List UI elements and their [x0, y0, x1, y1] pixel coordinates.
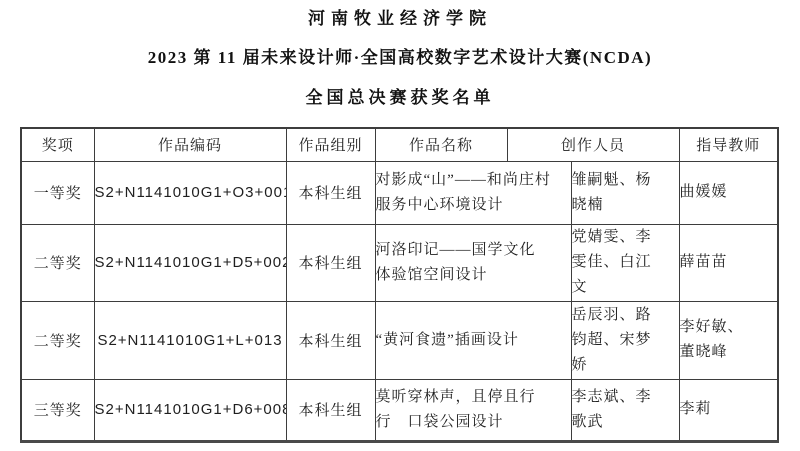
work-title-cell: 对影成“山”——和尚庄村 服务中心环境设计 — [375, 161, 571, 224]
work-title-cell: “黄河食遗”插画设计 — [375, 301, 571, 379]
advisors-cell: 薛苗苗 — [679, 224, 778, 301]
awards-table: 奖项 作品编码 作品组别 作品名称 创作人员 指导教师 一等奖 S2+N1141… — [20, 127, 779, 443]
header-creators: 创作人员 — [507, 128, 679, 161]
table-row: 一等奖 S2+N1141010G1+O3+001 本科生组 对影成“山”——和尚… — [21, 161, 778, 224]
code-cell: S2+N1141010G1+D5+002 — [94, 224, 286, 301]
award-cell: 二等奖 — [21, 301, 94, 379]
work-title-cell: 河洛印记——国学文化 体验馆空间设计 — [375, 224, 571, 301]
award-cell: 三等奖 — [21, 379, 94, 441]
code-cell: S2+N1141010G1+O3+001 — [94, 161, 286, 224]
group-cell: 本科生组 — [286, 224, 375, 301]
table-row: 二等奖 S2+N1141010G1+D5+002 本科生组 河洛印记——国学文化… — [21, 224, 778, 301]
table-row: 二等奖 S2+N1141010G1+L+013 本科生组 “黄河食遗”插画设计 … — [21, 301, 778, 379]
creators-cell: 雏嗣魁、杨 晓楠 — [571, 161, 679, 224]
group-cell: 本科生组 — [286, 161, 375, 224]
work-title-cell: 莫听穿林声，且停且行 行 口袋公园设计 — [375, 379, 571, 441]
header-title: 作品名称 — [375, 128, 507, 161]
header-code: 作品编码 — [94, 128, 286, 161]
doc-title-university: 河南牧业经济学院 — [0, 8, 800, 30]
doc-title-award-list: 全国总决赛获奖名单 — [0, 87, 800, 109]
creators-cell: 党婧雯、李 雯佳、白江 文 — [571, 224, 679, 301]
document-page: 河南牧业经济学院 2023 第 11 届未来设计师·全国高校数字艺术设计大赛(N… — [0, 0, 800, 451]
advisors-cell: 李好敏、 董晓峰 — [679, 301, 778, 379]
table-row: 三等奖 S2+N1141010G1+D6+008 本科生组 莫听穿林声，且停且行… — [21, 379, 778, 441]
table-header-row: 奖项 作品编码 作品组别 作品名称 创作人员 指导教师 — [21, 128, 778, 161]
code-cell: S2+N1141010G1+L+013 — [94, 301, 286, 379]
header-award: 奖项 — [21, 128, 94, 161]
creators-cell: 岳辰羽、路 钧超、宋梦 娇 — [571, 301, 679, 379]
header-advisors: 指导教师 — [679, 128, 778, 161]
doc-title-competition: 2023 第 11 届未来设计师·全国高校数字艺术设计大赛(NCDA) — [0, 47, 800, 69]
advisors-cell: 曲媛媛 — [679, 161, 778, 224]
advisors-cell: 李莉 — [679, 379, 778, 441]
creators-cell: 李志斌、李 歌武 — [571, 379, 679, 441]
code-cell: S2+N1141010G1+D6+008 — [94, 379, 286, 441]
award-cell: 一等奖 — [21, 161, 94, 224]
group-cell: 本科生组 — [286, 301, 375, 379]
group-cell: 本科生组 — [286, 379, 375, 441]
award-cell: 二等奖 — [21, 224, 94, 301]
header-group: 作品组别 — [286, 128, 375, 161]
